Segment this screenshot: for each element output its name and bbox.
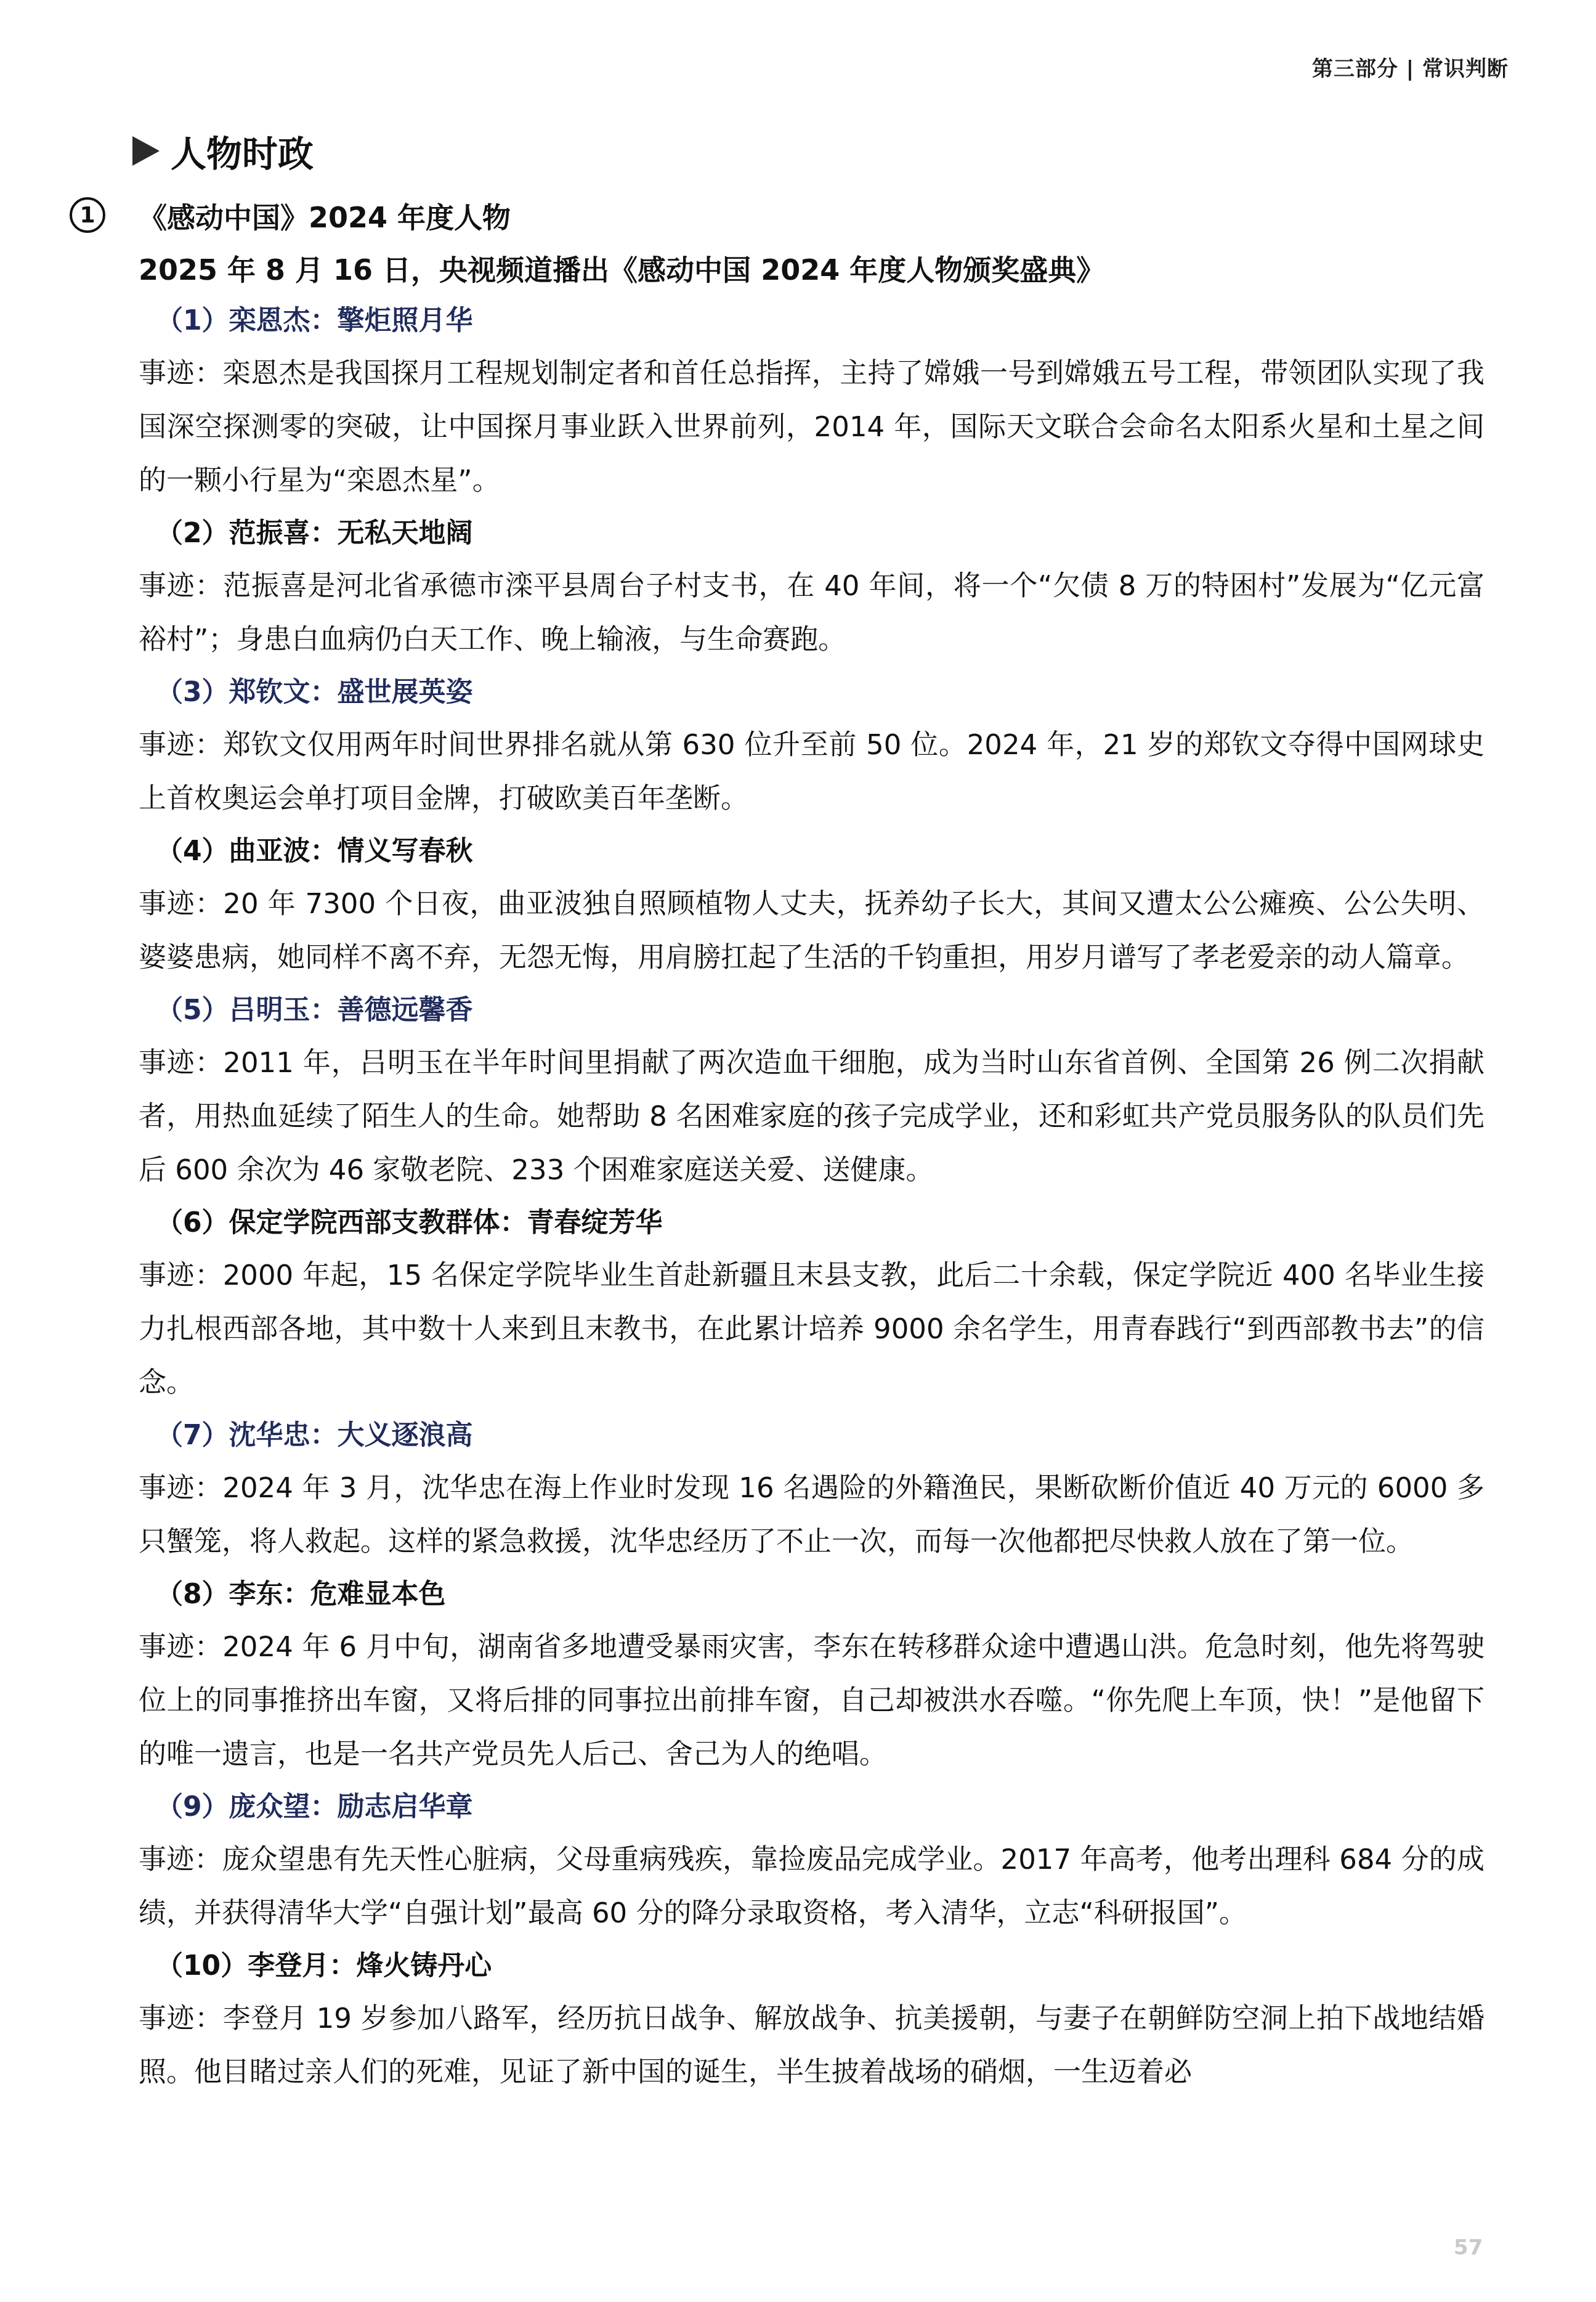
page-content: 人物时政 1 《感动中国》2024 年度人物 2025 年 8 月 16 日，央… bbox=[139, 123, 1485, 2099]
entry-heading: （4）曲亚波：情义写春秋 bbox=[156, 825, 1485, 878]
entry-heading: （5）吕明玉：善德远馨香 bbox=[156, 984, 1485, 1037]
entry-heading: （1）栾恩杰：擎炬照月华 bbox=[156, 295, 1485, 348]
page-header-section-label: 第三部分 | 常识判断 bbox=[1312, 52, 1509, 82]
entry-body: 事迹：2011 年，吕明玉在半年时间里捐献了两次造血干细胞，成为当时山东省首例、… bbox=[139, 1036, 1485, 1197]
entry-body: 事迹：栾恩杰是我国探月工程规划制定者和首任总指挥，主持了嫦娥一号到嫦娥五号工程，… bbox=[139, 346, 1485, 507]
entry-heading: （8）李东：危难显本色 bbox=[156, 1568, 1485, 1621]
entry-list: （1）栾恩杰：擎炬照月华 事迹：栾恩杰是我国探月工程规划制定者和首任总指挥，主持… bbox=[139, 295, 1485, 2099]
entry-heading: （3）郑钦文：盛世展英姿 bbox=[156, 666, 1485, 719]
entry-body: 事迹：2024 年 3 月，沈华忠在海上作业时发现 16 名遇险的外籍渔民，果断… bbox=[139, 1461, 1485, 1568]
entry-heading: （9）庞众望：励志启华章 bbox=[156, 1781, 1485, 1834]
entry-heading: （6）保定学院西部支教群体：青春绽芳华 bbox=[156, 1197, 1485, 1250]
item-title: 1 《感动中国》2024 年度人物 bbox=[139, 190, 1485, 242]
circled-number-icon: 1 bbox=[70, 197, 105, 233]
entry-body: 事迹：郑钦文仅用两年时间世界排名就从第 630 位升至前 50 位。2024 年… bbox=[139, 718, 1485, 825]
section-title: 人物时政 bbox=[132, 123, 1485, 179]
entry-body: 事迹：2024 年 6 月中旬，湖南省多地遭受暴雨灾害，李东在转移群众途中遭遇山… bbox=[139, 1620, 1485, 1781]
item-title-text: 《感动中国》2024 年度人物 bbox=[139, 195, 511, 236]
entry-heading: （10）李登月：烽火铸丹心 bbox=[156, 1940, 1485, 1993]
entry-heading: （7）沈华忠：大义逐浪高 bbox=[156, 1409, 1485, 1462]
section-title-text: 人物时政 bbox=[171, 125, 314, 177]
page-number: 57 bbox=[1454, 2235, 1483, 2260]
entry-body: 事迹：范振喜是河北省承德市滦平县周台子村支书，在 40 年间，将一个“欠债 8 … bbox=[139, 559, 1485, 666]
entry-heading: （2）范振喜：无私天地阔 bbox=[156, 507, 1485, 560]
entry-body: 事迹：庞众望患有先天性心脏病，父母重病残疾，靠捡废品完成学业。2017 年高考，… bbox=[139, 1832, 1485, 1940]
entry-body: 事迹：20 年 7300 个日夜，曲亚波独自照顾植物人丈夫，抚养幼子长大，其间又… bbox=[139, 877, 1485, 984]
entry-body: 事迹：2000 年起，15 名保定学院毕业生首赴新疆且末县支教，此后二十余载，保… bbox=[139, 1248, 1485, 1409]
item-subtitle: 2025 年 8 月 16 日，央视频道播出《感动中国 2024 年度人物颁奖盛… bbox=[139, 245, 1485, 295]
triangle-right-icon bbox=[132, 136, 160, 166]
entry-body: 事迹：李登月 19 岁参加八路军，经历抗日战争、解放战争、抗美援朝，与妻子在朝鲜… bbox=[139, 1991, 1485, 2099]
